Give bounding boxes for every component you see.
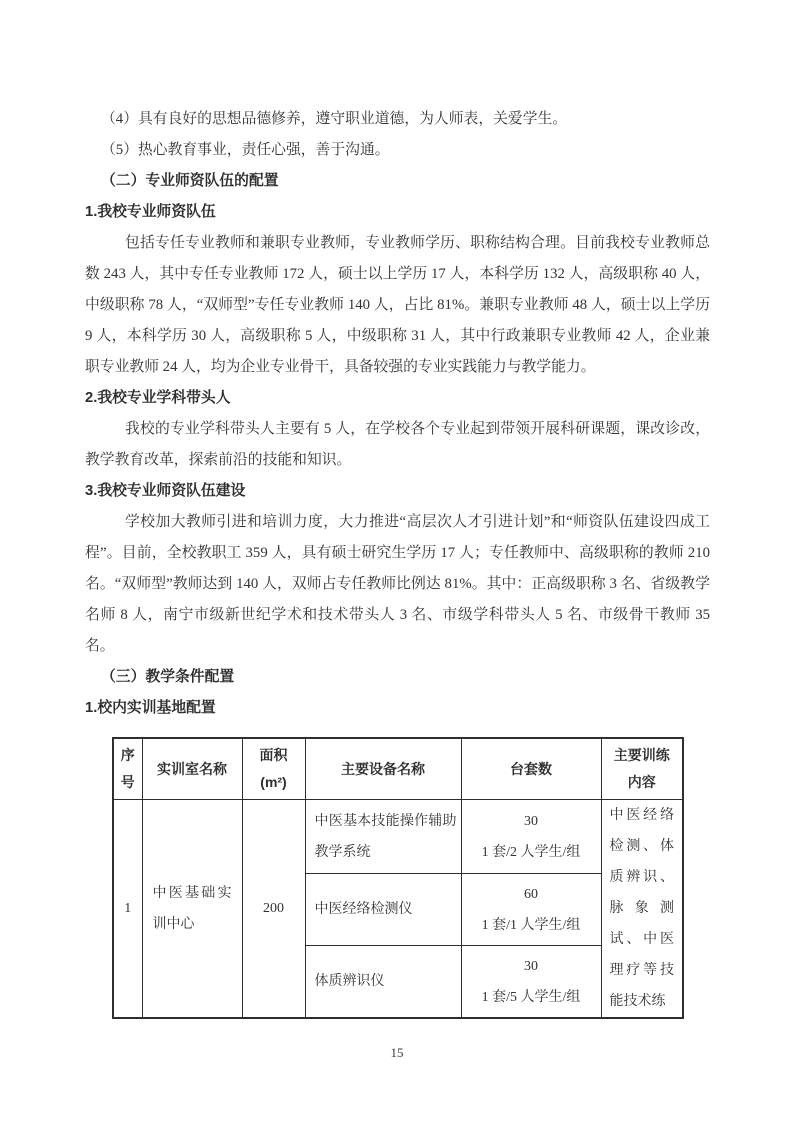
numbered-item-5: （5）热心教育事业，责任心强，善于沟通。 (85, 135, 710, 166)
col-header-no: 序 号 (113, 738, 142, 800)
document-body: （4）具有良好的思想品德修养，遵守职业道德，为人师表，关爱学生。 （5）热心教育… (0, 0, 794, 1019)
cell-device-qty: 60 1 套/1 人学生/组 (461, 874, 601, 946)
subsection-heading-2: 2.我校专业学科带头人 (85, 383, 710, 414)
subsection-heading-training-base: 1.校内实训基地配置 (85, 693, 710, 724)
col-header-quantity: 台套数 (461, 738, 601, 800)
table-row: 1 中医基础实训中心 200 中医基本技能操作辅助教学系统 30 1 套/2 人… (113, 800, 683, 874)
body-paragraph-leaders: 我校的专业学科带头人主要有 5 人，在学校各个专业起到带领开展科研课题，课改诊改… (85, 414, 710, 476)
section-heading-3: （三）教学条件配置 (85, 662, 710, 693)
cell-area: 200 (242, 800, 305, 1019)
col-header-room-name: 实训室名称 (142, 738, 242, 800)
body-paragraph-construction: 学校加大教师引进和培训力度，大力推进“高层次人才引进计划”和“师资队伍建设四成工… (85, 507, 710, 662)
subsection-heading-1: 1.我校专业师资队伍 (85, 197, 710, 228)
cell-device-name: 中医经络检测仪 (305, 874, 461, 946)
body-paragraph-faculty: 包括专任专业教师和兼职专业教师，专业教师学历、职称结构合理。目前我校专业教师总数… (85, 228, 710, 383)
cell-device-name: 体质辨识仪 (305, 946, 461, 1018)
section-heading-2: （二）专业师资队伍的配置 (85, 166, 710, 197)
col-header-equipment: 主要设备名称 (305, 738, 461, 800)
cell-device-qty: 30 1 套/2 人学生/组 (461, 800, 601, 874)
table-header-row: 序 号 实训室名称 面积 (m²) 主要设备名称 台套数 主要训练 内容 (113, 738, 683, 800)
cell-training-content: 中医经络检测、体质辨识、脉象测试、中医理疗等技能技术练 (601, 800, 683, 1019)
col-header-area: 面积 (m²) (242, 738, 305, 800)
cell-no: 1 (113, 800, 142, 1019)
cell-room-name: 中医基础实训中心 (142, 800, 242, 1019)
training-base-table: 序 号 实训室名称 面积 (m²) 主要设备名称 台套数 主要训练 内容 1 中… (112, 737, 684, 1019)
page-number: 15 (0, 1045, 794, 1061)
numbered-item-4: （4）具有良好的思想品德修养，遵守职业道德，为人师表，关爱学生。 (85, 104, 710, 135)
cell-device-qty: 30 1 套/5 人学生/组 (461, 946, 601, 1018)
cell-device-name: 中医基本技能操作辅助教学系统 (305, 800, 461, 874)
document-page: （4）具有良好的思想品德修养，遵守职业道德，为人师表，关爱学生。 （5）热心教育… (0, 0, 794, 1123)
col-header-training-content: 主要训练 内容 (601, 738, 683, 800)
subsection-heading-3: 3.我校专业师资队伍建设 (85, 476, 710, 507)
